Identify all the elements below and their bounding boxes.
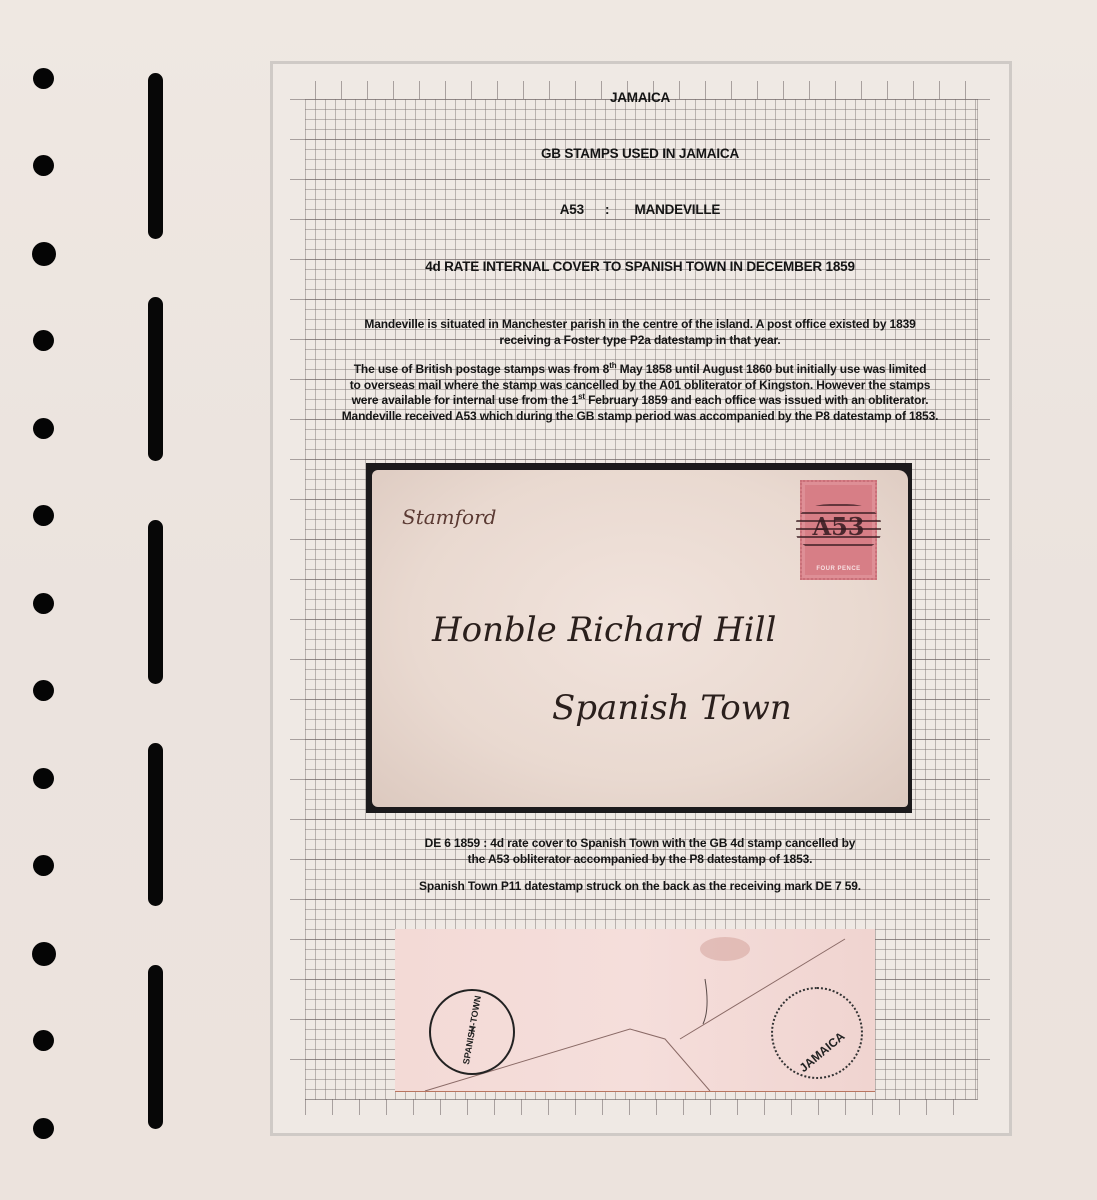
office-separator: :	[605, 202, 609, 217]
stamp-value-text: FOUR PENCE	[806, 566, 871, 572]
punch-hole	[32, 242, 56, 266]
subject-heading: GB STAMPS USED IN JAMAICA	[290, 146, 990, 161]
punch-hole	[33, 68, 54, 89]
jamaica-postmark: JAMAICA	[771, 987, 863, 1079]
punch-hole	[33, 155, 54, 176]
obliterator-number: A53	[802, 512, 875, 541]
intro-paragraph-2: The use of British postage stamps was fr…	[290, 362, 990, 424]
punch-hole	[33, 418, 54, 439]
punch-hole	[33, 1118, 54, 1139]
punch-hole	[33, 330, 54, 351]
office-code: A53	[560, 202, 584, 217]
binder-slot	[148, 297, 163, 461]
exhibit-title: 4d RATE INTERNAL COVER TO SPANISH TOWN I…	[290, 259, 990, 274]
cover-back: SPANISH-TOWN 7 JAMAICA	[395, 929, 875, 1092]
punch-hole	[33, 768, 54, 789]
spanish-town-receiving-postmark: SPANISH-TOWN 7	[429, 989, 515, 1075]
punch-hole	[33, 1030, 54, 1051]
binder-slot	[148, 73, 163, 239]
grid-ticks-bottom	[305, 1099, 977, 1115]
cover-caption: DE 6 1859 : 4d rate cover to Spanish Tow…	[290, 836, 990, 895]
intro-paragraph-1: Mandeville is situated in Manchester par…	[290, 317, 990, 348]
binder-slot	[148, 965, 163, 1129]
punch-hole	[33, 855, 54, 876]
punch-hole	[33, 593, 54, 614]
gb-4d-stamp: A53 FOUR PENCE	[800, 480, 877, 580]
binder-slot	[148, 743, 163, 906]
punch-hole	[33, 680, 54, 701]
destination-handwriting: Spanish Town	[552, 688, 792, 728]
office-name: MANDEVILLE	[634, 202, 720, 217]
punch-hole	[32, 942, 56, 966]
office-heading: A53 : MANDEVILLE	[290, 202, 990, 217]
country-heading: JAMAICA	[290, 90, 990, 105]
binder-slot	[148, 520, 163, 684]
punch-hole	[33, 505, 54, 526]
addressee-handwriting: Honble Richard Hill	[432, 610, 776, 650]
docket-handwriting: Stamford	[402, 505, 496, 529]
